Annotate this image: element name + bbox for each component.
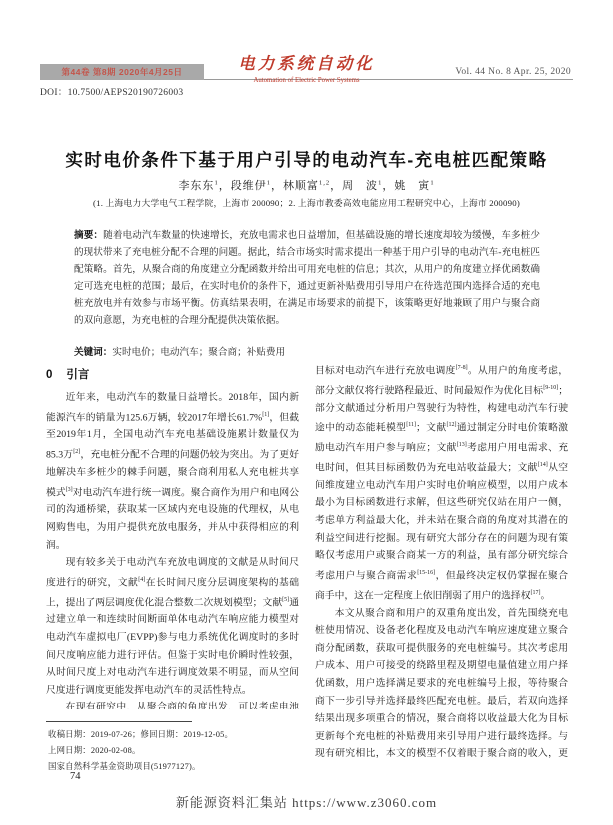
author: 姚 寅1 (394, 180, 434, 192)
body-paragraph: 近年来，电动汽车的数量日益增长。2018年，国内新能源汽车的销量为125.6万辆… (46, 389, 299, 554)
footnote-online-date: 上网日期：2020-02-08。 (48, 743, 308, 759)
author-affil-sup: 1,2 (319, 179, 330, 186)
footnote-block: 收稿日期：2019-07-26；修回日期：2019-12-05。 上网日期：20… (48, 727, 308, 774)
watermark-text: 新能源资料汇集站 https://www.z3060.com (0, 792, 613, 811)
author-separator: ， (271, 180, 283, 192)
affiliation-line: (1. 上海电力大学电气工程学院，上海市 200090；2. 上海市教委高效电能… (0, 196, 613, 209)
paper-title: 实时电价条件下基于用户引导的电动汽车-充电桩匹配策略 (20, 147, 593, 172)
issue-info-en: Vol. 44 No. 8 Apr. 25, 2020 (455, 67, 571, 77)
author: 林顺富1,2 (283, 180, 330, 192)
paper-page: 第44卷 第8期 2020年4月25日 电力系统自动化 Automation o… (0, 0, 613, 825)
body-paragraph: 本文从聚合商和用户的双重角度出发，首先围绕充电桩使用情况、设备老化程度及电动汽车… (315, 605, 568, 758)
abstract-text: 随着电动汽车数量的快速增长，充放电需求也日益增加，但基础设施的增长速度却较为缓慢… (74, 230, 540, 326)
body-paragraph: 在现有研究中，从聚合商的角度出发，可以考虑电池寿命、可控状态、荷电状态、经济效应… (46, 699, 299, 709)
left-column: 近年来，电动汽车的数量日益增长。2018年，国内新能源汽车的销量为125.6万辆… (46, 389, 299, 709)
section-number: 0 (46, 369, 52, 381)
footnote-funding: 国家自然科学基金资助项目(51977127)。 (48, 759, 308, 775)
journal-title-en: Automation of Electric Power Systems (212, 76, 402, 86)
author: 周 波1 (342, 180, 382, 192)
journal-title-cn: 电力系统自动化 (212, 54, 402, 74)
footnote-rule (46, 721, 192, 722)
section-title: 引言 (66, 369, 89, 381)
doi-text: DOI：10.7500/AEPS20190726003 (40, 84, 183, 98)
footnote-dates: 收稿日期：2019-07-26；修回日期：2019-12-05。 (48, 727, 308, 743)
keywords-label: 关键词： (74, 347, 112, 358)
journal-header: 第44卷 第8期 2020年4月25日 电力系统自动化 Automation o… (40, 58, 573, 80)
author-separator: ， (219, 180, 231, 192)
author: 段维伊1 (231, 180, 271, 192)
issue-info-cn: 第44卷 第8期 2020年4月25日 (40, 64, 204, 80)
keywords-block: 关键词：实时电价；电动汽车；聚合商；补贴费用 (74, 344, 540, 358)
section-heading-0: 0引言 (46, 366, 89, 382)
author-line: 李东东1，段维伊1，林顺富1,2，周 波1，姚 寅1 (0, 177, 613, 193)
abstract-label: 摘要： (74, 230, 103, 241)
author-separator: ， (382, 180, 394, 192)
keywords-text: 实时电价；电动汽车；聚合商；补贴费用 (112, 347, 285, 358)
body-paragraph: 现有较多关于电动汽车充放电调度的文献是从时间尺度进行的研究，文献[4]在长时间尺… (46, 554, 299, 699)
author: 李东东1 (178, 180, 218, 192)
author-separator: ， (330, 180, 342, 192)
page-number: 74 (70, 771, 81, 782)
body-paragraph: 目标对电动汽车进行充放电调度[7-8]。从用户的角度考虑，部分文献仅将行驶路程最… (315, 360, 568, 605)
journal-logo: 电力系统自动化 Automation of Electric Power Sys… (212, 54, 402, 86)
right-column: 目标对电动汽车进行充放电调度[7-8]。从用户的角度考虑，部分文献仅将行驶路程最… (315, 360, 568, 758)
author-affil-sup: 1 (430, 179, 434, 186)
abstract-block: 摘要：随着电动汽车数量的快速增长，充放电需求也日益增加，但基础设施的增长速度却较… (74, 227, 540, 330)
